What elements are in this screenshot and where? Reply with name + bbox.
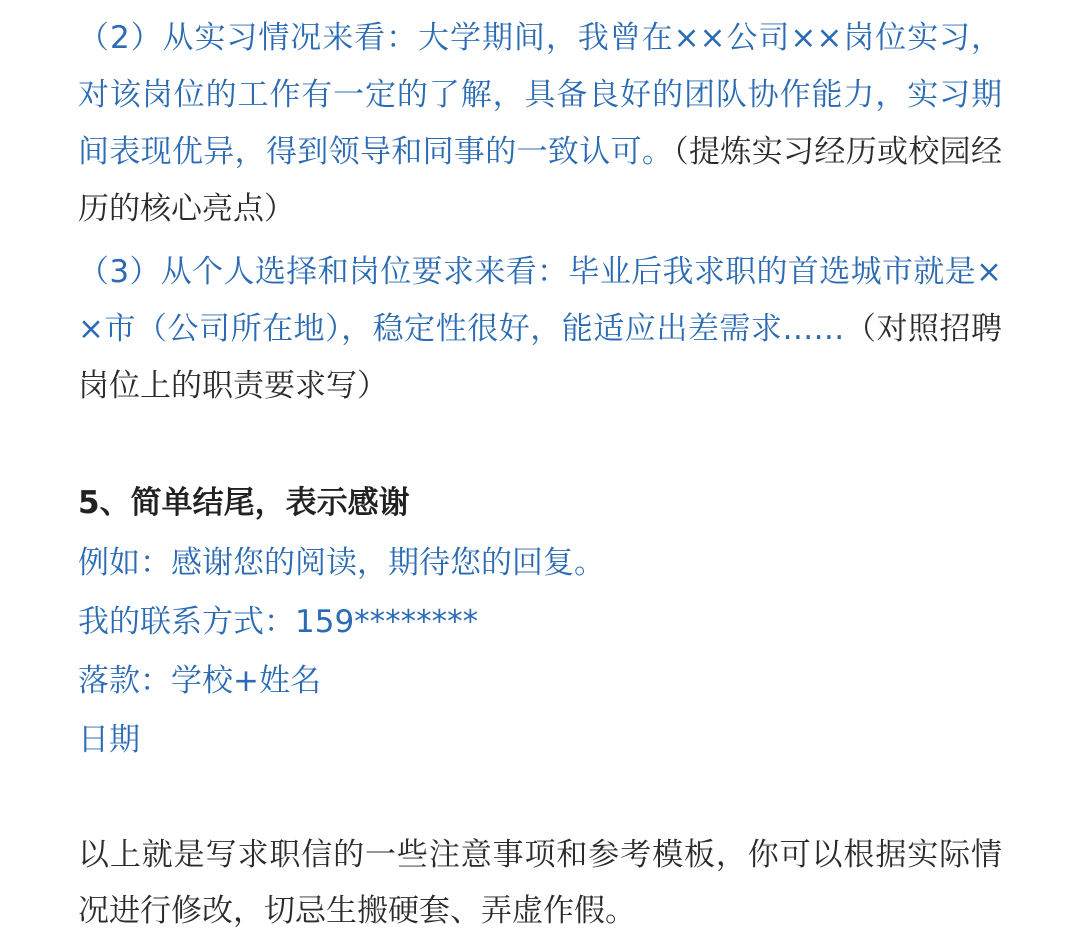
contact-line: 我的联系方式：159********: [78, 594, 1002, 651]
section-heading-ending: 5、简单结尾，表示感谢: [78, 475, 1002, 532]
paragraph-personal-choice: （3）从个人选择和岗位要求来看：毕业后我求职的首选城市就是××市（公司所在地），…: [78, 244, 1002, 415]
signature-line: 落款：学校+姓名: [78, 653, 1002, 710]
paragraph-internship: （2）从实习情况来看：大学期间，我曾在××公司××岗位实习，对该岗位的工作有一定…: [78, 10, 1002, 238]
date-line: 日期: [78, 712, 1002, 769]
article-body: （2）从实习情况来看：大学期间，我曾在××公司××岗位实习，对该岗位的工作有一定…: [0, 0, 1080, 939]
closing-paragraph: 以上就是写求职信的一些注意事项和参考模板，你可以根据实际情况进行修改，切忌生搬硬…: [78, 827, 1002, 939]
example-line: 例如：感谢您的阅读，期待您的回复。: [78, 535, 1002, 592]
